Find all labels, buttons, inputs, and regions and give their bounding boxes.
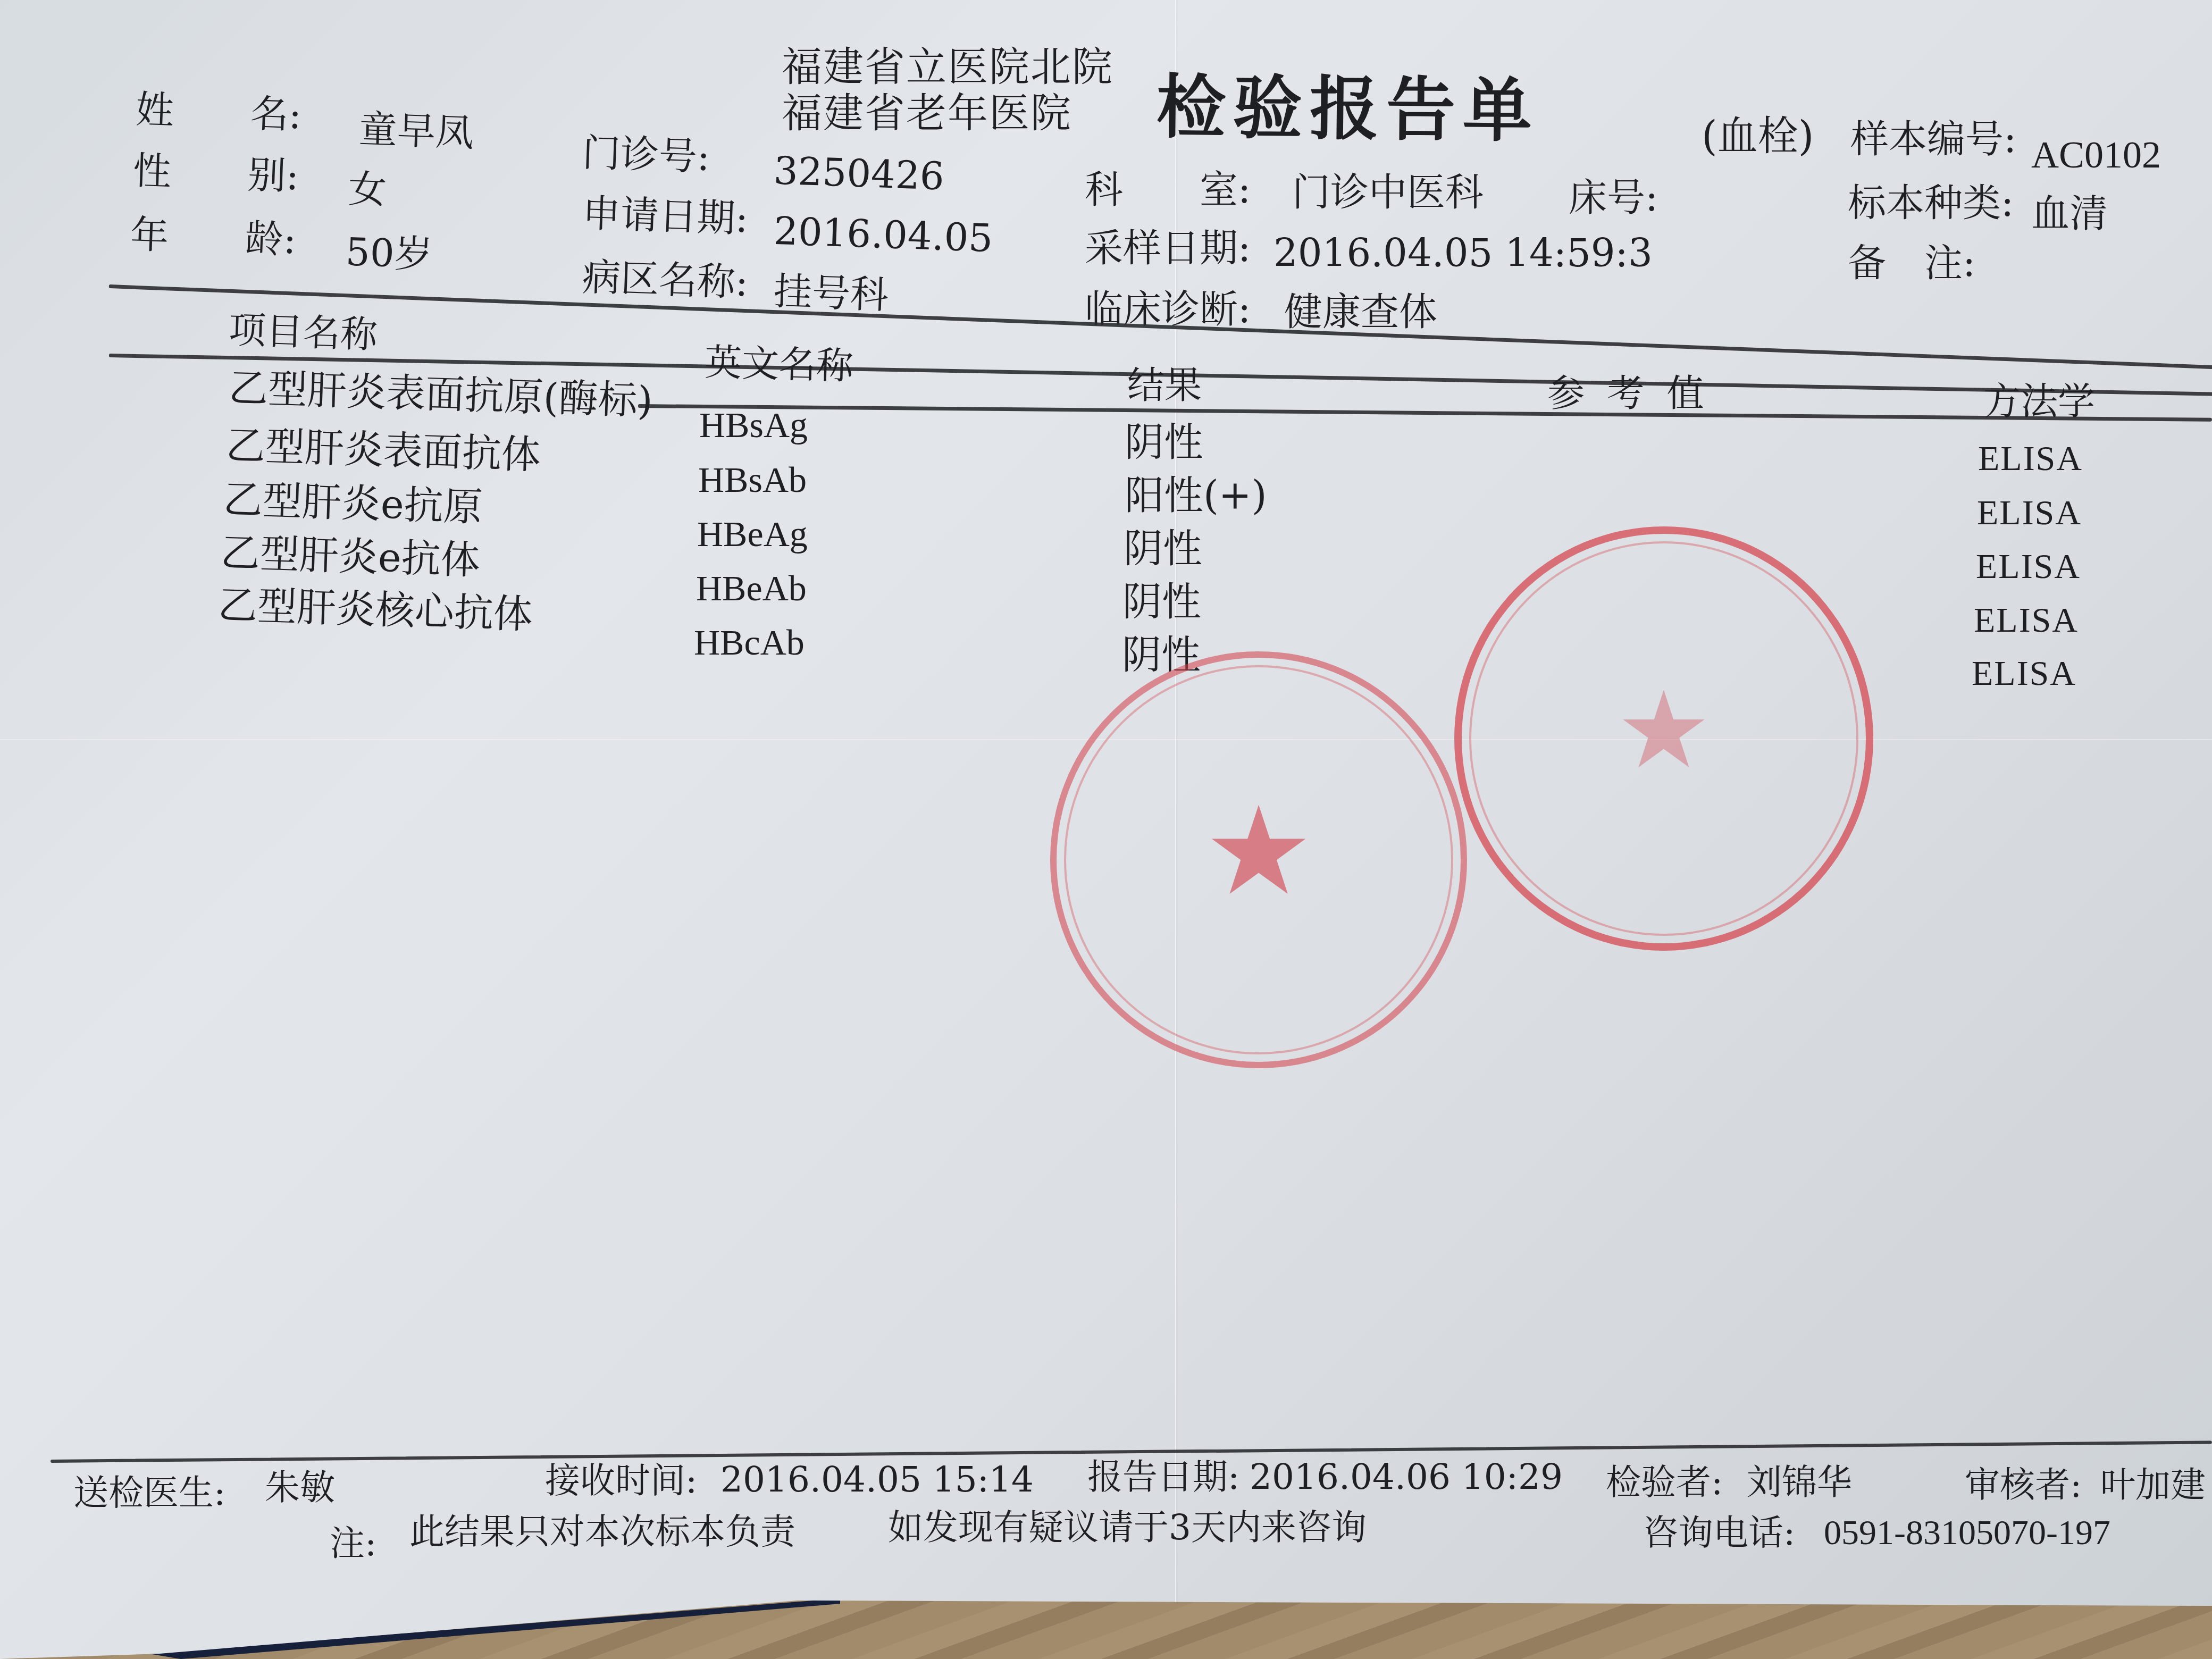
report-date-label: 报告日期: (1087, 1460, 1239, 1495)
note-label: 注: (330, 1526, 376, 1561)
hospital-name-1: 福建省立医院北院 (782, 47, 1113, 87)
received-time-label: 接收时间: (545, 1463, 697, 1498)
col-header-item: 项目名称 (228, 311, 378, 354)
tester: 刘锦华 (1747, 1465, 1852, 1500)
row-english: HBsAg (699, 407, 808, 443)
row-method: ELISA (1972, 656, 2076, 691)
report-title: 检验报告单 (1156, 72, 1539, 146)
row-item: 乙型肝炎e抗体 (220, 533, 481, 580)
note-text-2: 如发现有疑议请于3天内来咨询 (888, 1510, 1367, 1545)
report-tag: (血栓) (1702, 116, 1814, 156)
star-icon: ★ (1616, 677, 1711, 784)
dept-label: 科 室: (1085, 170, 1251, 208)
doctor: 朱敏 (265, 1470, 335, 1505)
hospital-name-2: 福建省老年医院 (782, 93, 1072, 133)
row-english: HBsAb (698, 462, 807, 498)
tester-label: 检验者: (1606, 1465, 1723, 1500)
row-method: ELISA (1978, 441, 2083, 476)
apply-date-label: 申请日期: (582, 194, 749, 238)
clinic-no: 3250426 (773, 151, 945, 195)
clinic-no-label: 门诊号: (582, 133, 711, 176)
patient-age: 50岁 (345, 232, 433, 274)
row-english: HBeAg (697, 516, 808, 552)
row-method: ELISA (1976, 549, 2081, 584)
doctor-label: 送检医生: (73, 1476, 225, 1511)
row-result: 阴性 (1122, 582, 1201, 622)
phone: 0591-83105070-197 (1824, 1515, 2110, 1551)
row-result: 阴性 (1125, 423, 1203, 462)
col-header-method: 方法学 (1983, 383, 2095, 420)
row-method: ELISA (1974, 603, 2079, 638)
patient-name-label: 姓 名: (135, 90, 303, 135)
report-date: 2016.04.06 10:29 (1250, 1460, 1563, 1495)
row-item: 乙型肝炎表面抗体 (225, 426, 541, 475)
row-method: ELISA (1977, 496, 2082, 531)
report-paper: 福建省立医院北院 福建省老年医院 检验报告单 (血栓) 姓 名: 童早凤 性 别… (0, 0, 2212, 1659)
star-icon: ★ (1204, 791, 1313, 913)
patient-sex-label: 性 别: (132, 152, 300, 196)
sample-no: AC0102 (2031, 136, 2161, 174)
col-header-english: 英文名称 (704, 343, 854, 384)
row-english: HBeAb (696, 570, 807, 606)
specimen-type: 血清 (2031, 194, 2108, 232)
ward-label: 病区名称: (582, 258, 749, 302)
apply-date: 2016.04.05 (773, 212, 994, 257)
diagnosis: 健康查体 (1284, 292, 1437, 331)
patient-sex: 女 (348, 170, 387, 209)
official-seal-right: ★ (1454, 526, 1873, 951)
patient-name: 童早凤 (358, 110, 474, 152)
row-item: 乙型肝炎核心抗体 (217, 585, 533, 635)
table-header-bottom-rule (638, 404, 2212, 422)
ward: 挂号科 (773, 272, 889, 314)
remark-label: 备 注: (1848, 244, 1975, 282)
received-time: 2016.04.05 15:14 (720, 1462, 1034, 1497)
reviewer: 叶加建 (2100, 1468, 2206, 1503)
col-header-reference: 参 考 值 (1547, 375, 1710, 412)
row-result-positive: 阳性(+) (1125, 476, 1267, 515)
diagnosis-label: 临床诊断: (1085, 290, 1251, 328)
phone-label: 咨询电话: (1643, 1515, 1795, 1551)
official-seal-left: ★ (1050, 651, 1467, 1068)
row-result: 阴性 (1124, 529, 1202, 568)
row-item: 乙型肝炎表面抗原(酶标) (228, 368, 653, 421)
col-header-result: 结果 (1127, 367, 1202, 404)
specimen-type-label: 标本种类: (1848, 183, 2014, 222)
row-english: HBcAb (694, 624, 805, 660)
row-item: 乙型肝炎e抗原 (223, 480, 483, 527)
sample-no-label: 样本编号: (1850, 120, 2016, 158)
note-text-1: 此结果只对本次标本负责 (409, 1514, 795, 1549)
dept: 门诊中医科 (1292, 173, 1484, 211)
patient-age-label: 年 龄: (130, 215, 297, 259)
sample-date-label: 采样日期: (1085, 229, 1251, 267)
bed-no-label: 床号: (1569, 178, 1658, 216)
sample-date: 2016.04.05 14:59:3 (1273, 234, 1653, 272)
reviewer-label: 审核者: (1965, 1468, 2082, 1503)
